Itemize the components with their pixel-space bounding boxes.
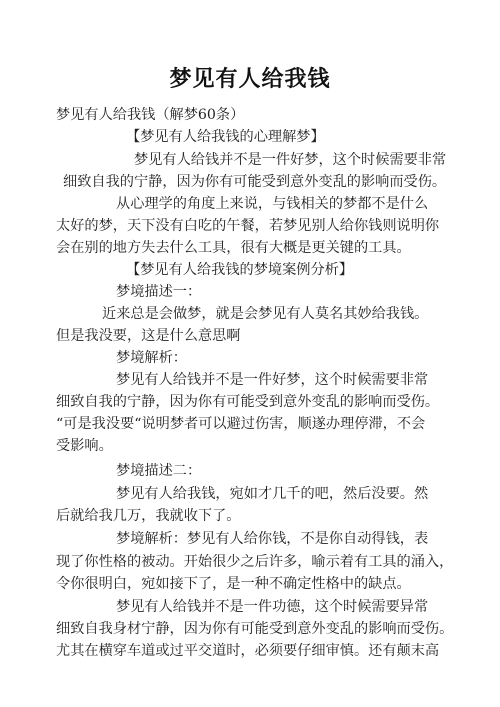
text-line: 【梦见有人给我钱的梦境案例分析】 [126,261,353,279]
text-line: 梦见有人给钱并不是一件功德，这个时候需要异常 [116,598,428,616]
text-line: 细致自我的宁静，因为你有可能受到意外变乱的影响而受伤。 [56,393,439,411]
text-line: 梦境解析： [116,349,187,367]
text-line: 【梦见有人给我钱的心理解梦】 [126,128,325,146]
text-line: 梦境描述一： [116,283,201,301]
text-line: 尤其在横穿车道或过平交道时，必须要仔细审慎。还有颠末高 [56,642,439,660]
text-line: 近来总是会做梦，就是会梦见有人莫名其妙给我钱。 [102,305,428,323]
text-line: 细致自我的宁静，因为你有可能受到意外变乱的影响而受伤。 [63,173,446,191]
page-title: 梦见有人给我钱 [0,62,500,93]
text-line: 梦见有人给我钱，宛如才几千的吧，然后没要。然 [116,485,428,503]
text-line: 梦境描述二： [116,462,201,480]
text-line: 令你很明白，宛如接下了，是一种不确定性格中的缺点。 [56,575,411,593]
text-line: 后就给我几万，我就收下了。 [56,507,240,525]
text-line: 但是我没要，这是什么意思啊 [56,327,240,345]
text-line: 细致自我身材宁静，因为你有可能受到意外变乱的影响而受伤。 [56,620,453,638]
text-line: 梦境解析：梦见有人给你钱，不是你自动得钱，表 [116,530,428,548]
text-line: 现了你性格的被动。开始很少之后许多，喻示着有工具的涌入， [56,553,453,571]
text-line: 太好的梦，天下没有白吃的午餐，若梦见别人给你钱则说明你 [56,217,439,235]
text-line: 会在别的地方失去什么工具，很有大概是更关键的工具。 [56,239,411,257]
text-line: 从心理学的角度上来说，与钱相关的梦都不是什么 [116,195,428,213]
text-line: “可是我没要“说明梦者可以避过伤害，顺遂办理停滞，不会 [56,415,425,433]
text-line: 梦见有人给钱并不是一件好梦，这个时候需要非常 [116,371,428,389]
text-line: 受影响。 [56,437,113,455]
text-line: 梦见有人给我钱（解梦60条） [56,106,244,124]
text-line: 梦见有人给钱并不是一件好梦，这个时候需要非常 [134,151,446,169]
